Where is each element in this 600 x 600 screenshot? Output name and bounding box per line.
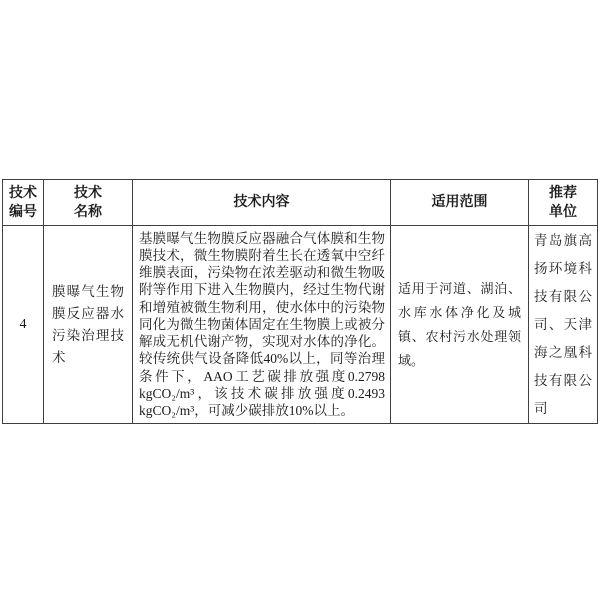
technology-table: 技术 编号 技术 名称 技术内容 适用范围 推荐 单位 4 膜曝气生物膜反应器水… xyxy=(2,179,598,424)
cell-tech-name: 膜曝气生物膜反应器水污染治理技术 xyxy=(44,226,133,424)
cell-recommending-unit: 青岛旗高扬环境科技有限公司、天津海之凰科技有限公司 xyxy=(529,226,598,424)
header-tech-id: 技术 编号 xyxy=(3,180,44,226)
document-page: 技术 编号 技术 名称 技术内容 适用范围 推荐 单位 4 膜曝气生物膜反应器水… xyxy=(0,0,600,600)
table-row: 4 膜曝气生物膜反应器水污染治理技术 基膜曝气生物膜反应器融合气体膜和生物膜技术… xyxy=(3,226,598,424)
cell-tech-id: 4 xyxy=(3,226,44,424)
header-tech-name: 技术 名称 xyxy=(44,180,133,226)
table-header: 技术 编号 技术 名称 技术内容 适用范围 推荐 单位 xyxy=(3,180,598,226)
header-recommending-unit: 推荐 单位 xyxy=(529,180,598,226)
cell-tech-content: 基膜曝气生物膜反应器融合气体膜和生物膜技术，微生物膜附着生长在透氧中空纤维膜表面… xyxy=(133,226,391,424)
header-applicable-scope: 适用范围 xyxy=(391,180,529,226)
technology-table-container: 技术 编号 技术 名称 技术内容 适用范围 推荐 单位 4 膜曝气生物膜反应器水… xyxy=(2,179,598,424)
header-row: 技术 编号 技术 名称 技术内容 适用范围 推荐 单位 xyxy=(3,180,598,226)
header-tech-content: 技术内容 xyxy=(133,180,391,226)
table-body: 4 膜曝气生物膜反应器水污染治理技术 基膜曝气生物膜反应器融合气体膜和生物膜技术… xyxy=(3,226,598,424)
cell-applicable-scope: 适用于河道、湖泊、水库水体净化及城镇、农村污水处理领域。 xyxy=(391,226,529,424)
